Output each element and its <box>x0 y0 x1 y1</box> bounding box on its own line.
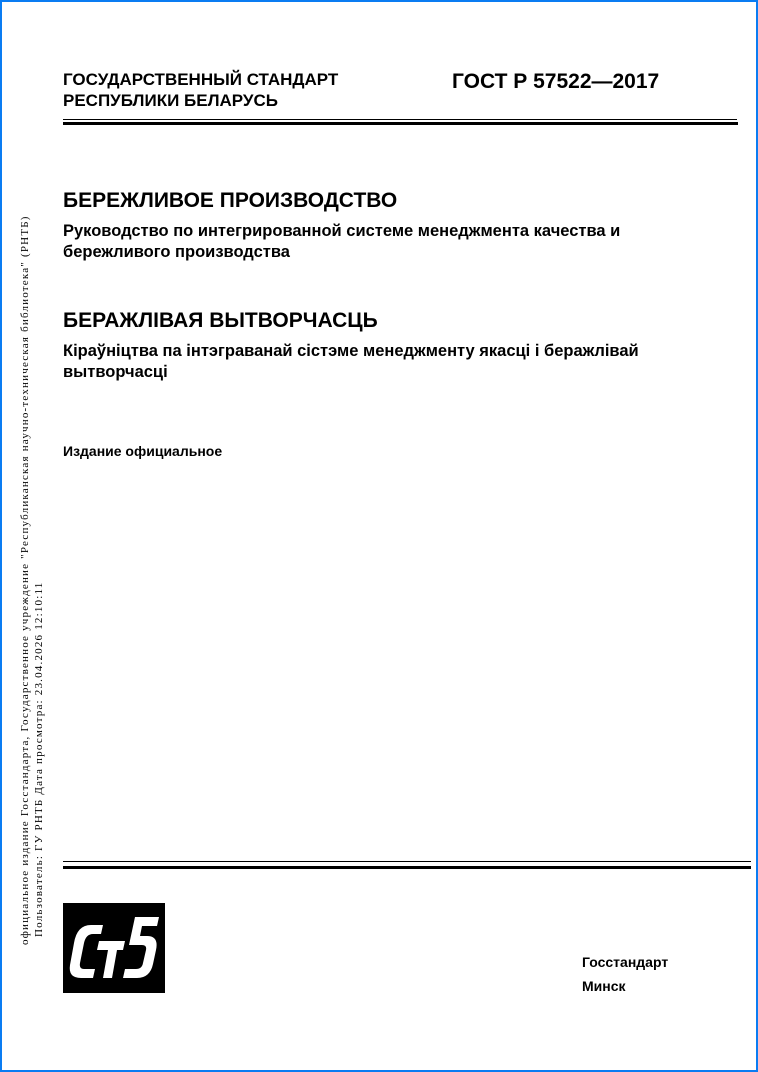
header-rule-thin <box>63 119 737 120</box>
footer-rule-thick <box>63 866 751 869</box>
standard-type-heading: ГОСУДАРСТВЕННЫЙ СТАНДАРТ РЕСПУБЛИКИ БЕЛА… <box>63 69 338 111</box>
publisher-city: Минск <box>582 974 668 998</box>
belarusian-title: БЕРАЖЛІВАЯ ВЫТВОРЧАСЦЬ <box>63 308 378 334</box>
russian-title: БЕРЕЖЛИВОЕ ПРОИЗВОДСТВО <box>63 188 397 214</box>
standard-designation: ГОСТ Р 57522—2017 <box>452 69 659 95</box>
standard-type-line2: РЕСПУБЛИКИ БЕЛАРУСЬ <box>63 90 338 111</box>
standard-type-line1: ГОСУДАРСТВЕННЫЙ СТАНДАРТ <box>63 69 338 90</box>
footer-rule-thin <box>63 861 751 862</box>
edition-label: Издание официальное <box>63 442 222 460</box>
header-rule-thick <box>63 122 738 125</box>
gosstandart-logo-icon <box>63 903 165 993</box>
watermark-line2: Пользователь: ГУ РНТБ Дата просмотра: 23… <box>33 582 45 938</box>
russian-subtitle: Руководство по интегрированной системе м… <box>63 221 703 263</box>
publisher-block: Госстандарт Минск <box>582 950 668 998</box>
belarusian-subtitle: Кіраўніцтва па інтэграванай сістэме мене… <box>63 341 703 383</box>
publisher-name: Госстандарт <box>582 950 668 974</box>
watermark-line1: официальное издание Госстандарта, Госуда… <box>19 215 31 945</box>
